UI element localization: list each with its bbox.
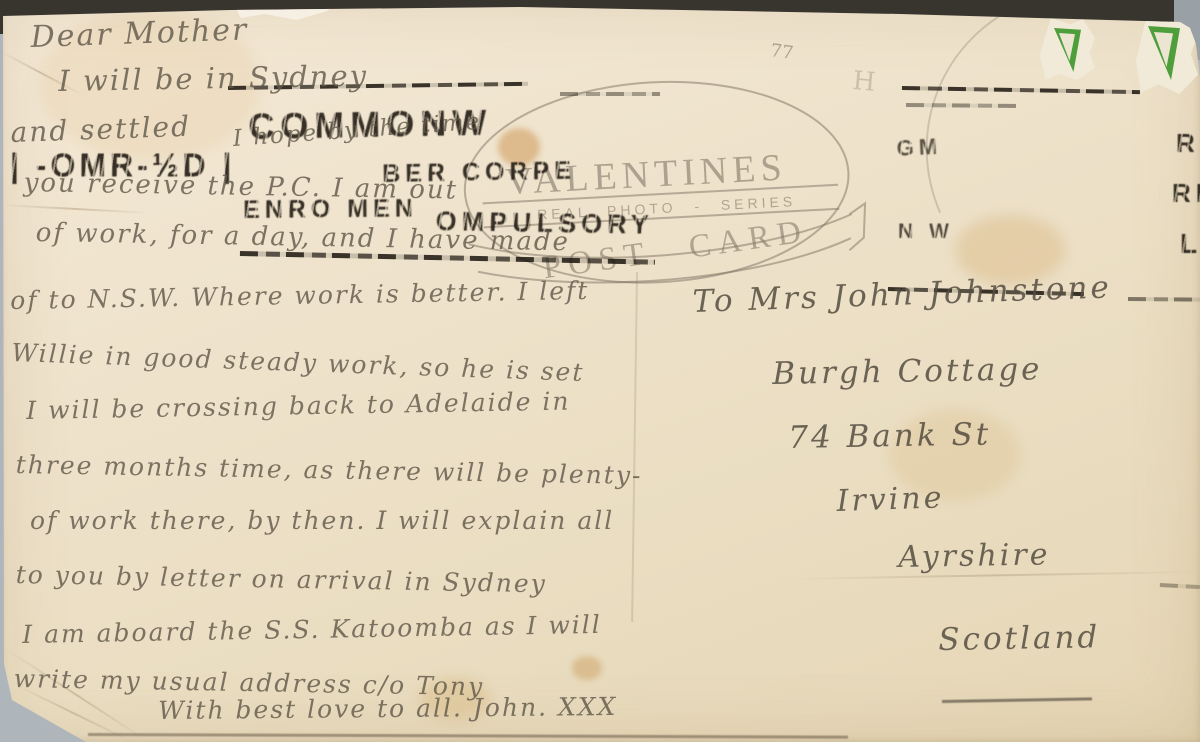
- cancel-bar: [906, 103, 1016, 108]
- logo-ribbon-fold: [847, 203, 867, 250]
- crease-line: [0, 204, 150, 214]
- letter-line: With best love to all. John. XXX: [158, 692, 618, 725]
- postmark-edge-fragment: R: [1176, 128, 1200, 159]
- address-line: Irvine: [836, 480, 945, 519]
- letter-line: to you by letter on arrival in Sydney: [15, 560, 547, 598]
- cancel-bar: [560, 92, 660, 96]
- letter-line: of work there, by then. I will explain a…: [30, 506, 614, 535]
- postmark-fragment: GM: [896, 134, 943, 162]
- letter-line: I am aboard the S.S. Katoomba as I will: [22, 610, 602, 649]
- postmark-fragment: N W: [898, 220, 954, 244]
- cancel-bar: [1160, 583, 1200, 589]
- cancel-bar: [1128, 297, 1200, 302]
- pencil-note: 77: [769, 40, 795, 64]
- postcard-back: VALENTINES REAL PHOTO - SERIES POST CARD…: [0, 0, 1200, 742]
- card-bottom-edge: [88, 733, 848, 739]
- postcard-photo: VALENTINES REAL PHOTO - SERIES POST CARD…: [0, 0, 1200, 742]
- letter-line: and settled: [10, 110, 191, 149]
- address-line: 74 Bank St: [788, 416, 991, 456]
- address-line: Scotland: [938, 619, 1101, 658]
- valentines-logo: VALENTINES REAL PHOTO - SERIES POST CARD: [446, 65, 877, 312]
- letter-line: Willie in good steady work, so he is set: [11, 338, 585, 387]
- address-line: Burgh Cottage: [772, 351, 1043, 392]
- letter-line: I will be crossing back to Adelaide in: [26, 387, 571, 425]
- letter-line: three months time, as there will be plen…: [15, 450, 642, 490]
- foxing-stain: [572, 656, 602, 680]
- crease-line: [5, 648, 149, 742]
- postmark-edge-fragment: L: [1180, 228, 1200, 260]
- address-underline: [942, 697, 1092, 703]
- postcard-divider-line: [631, 272, 638, 622]
- postmark-edge-fragment: RI: [1172, 178, 1200, 209]
- address-line: Ayrshire: [898, 537, 1051, 575]
- letter-line: I will be in Sydney: [58, 59, 368, 98]
- letter-line: you receive the P.C. I am out: [23, 168, 458, 206]
- pencil-note: H: [851, 66, 876, 98]
